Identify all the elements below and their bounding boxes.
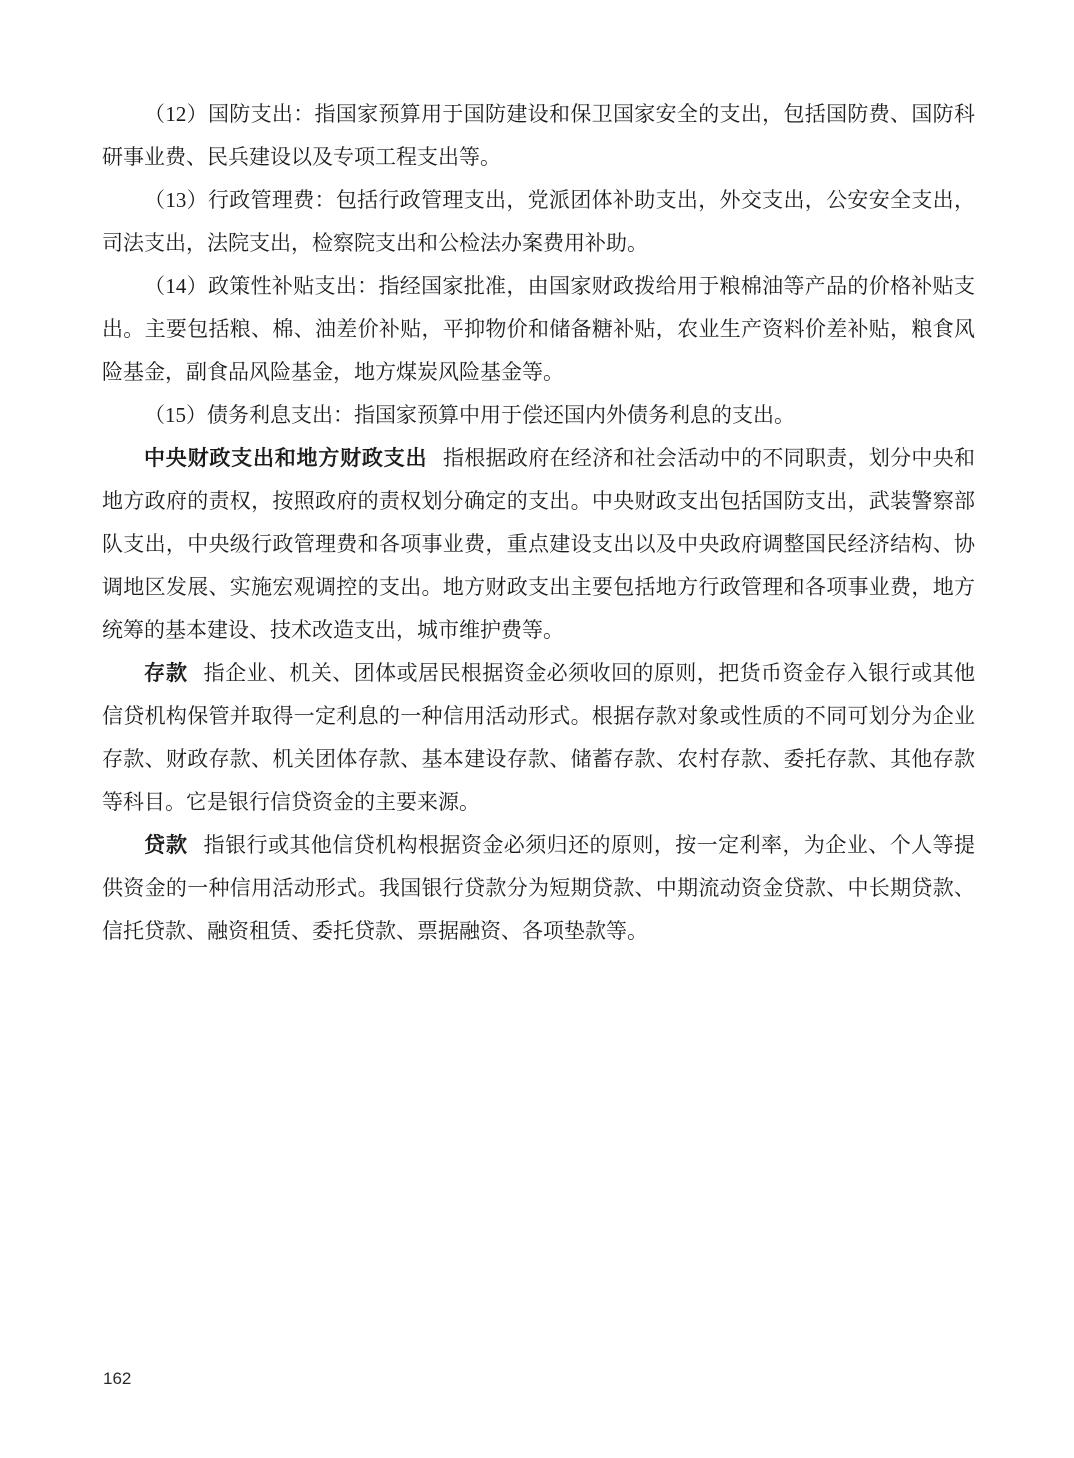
glossary-content: （12）国防支出：指国家预算用于国防建设和保卫国家安全的支出，包括国防费、国防科… (102, 93, 975, 953)
paragraph-administrative-expenses: （13）行政管理费：包括行政管理支出，党派团体补助支出，外交支出，公安安全支出，… (102, 179, 975, 265)
paragraph-policy-subsidy-expenditure: （14）政策性补贴支出：指经国家批准，由国家财政拨给用于粮棉油等产品的价格补贴支… (102, 265, 975, 394)
paragraph-text: 指银行或其他信贷机构根据资金必须归还的原则，按一定利率，为企业、个人等提供资金的… (102, 833, 975, 943)
paragraph-central-local-fiscal-expenditure: 中央财政支出和地方财政支出指根据政府在经济和社会活动中的不同职责，划分中央和地方… (102, 437, 975, 652)
paragraph-deposits: 存款指企业、机关、团体或居民根据资金必须收回的原则，把货币资金存入银行或其他信贷… (102, 652, 975, 824)
paragraph-loans: 贷款指银行或其他信贷机构根据资金必须归还的原则，按一定利率，为企业、个人等提供资… (102, 824, 975, 953)
document-page: （12）国防支出：指国家预算用于国防建设和保卫国家安全的支出，包括国防费、国防科… (0, 0, 1074, 1458)
paragraph-text: 指企业、机关、团体或居民根据资金必须收回的原则，把货币资金存入银行或其他信贷机构… (102, 661, 975, 814)
page-number: 162 (103, 1366, 131, 1392)
glossary-term: 中央财政支出和地方财政支出 (144, 447, 427, 470)
paragraph-debt-interest-expenditure: （15）债务利息支出：指国家预算中用于偿还国内外债务利息的支出。 (102, 394, 975, 437)
paragraph-text: （15）债务利息支出：指国家预算中用于偿还国内外债务利息的支出。 (144, 403, 795, 427)
paragraph-text: （14）政策性补贴支出：指经国家批准，由国家财政拨给用于粮棉油等产品的价格补贴支… (102, 274, 975, 384)
glossary-term: 存款 (144, 662, 188, 685)
glossary-term: 贷款 (144, 834, 188, 857)
paragraph-text: 指根据政府在经济和社会活动中的不同职责，划分中央和地方政府的责权，按照政府的责权… (102, 446, 975, 642)
paragraph-defense-expenditure: （12）国防支出：指国家预算用于国防建设和保卫国家安全的支出，包括国防费、国防科… (102, 93, 975, 179)
paragraph-text: （13）行政管理费：包括行政管理支出，党派团体补助支出，外交支出，公安安全支出，… (102, 188, 975, 255)
paragraph-text: （12）国防支出：指国家预算用于国防建设和保卫国家安全的支出，包括国防费、国防科… (102, 102, 975, 169)
